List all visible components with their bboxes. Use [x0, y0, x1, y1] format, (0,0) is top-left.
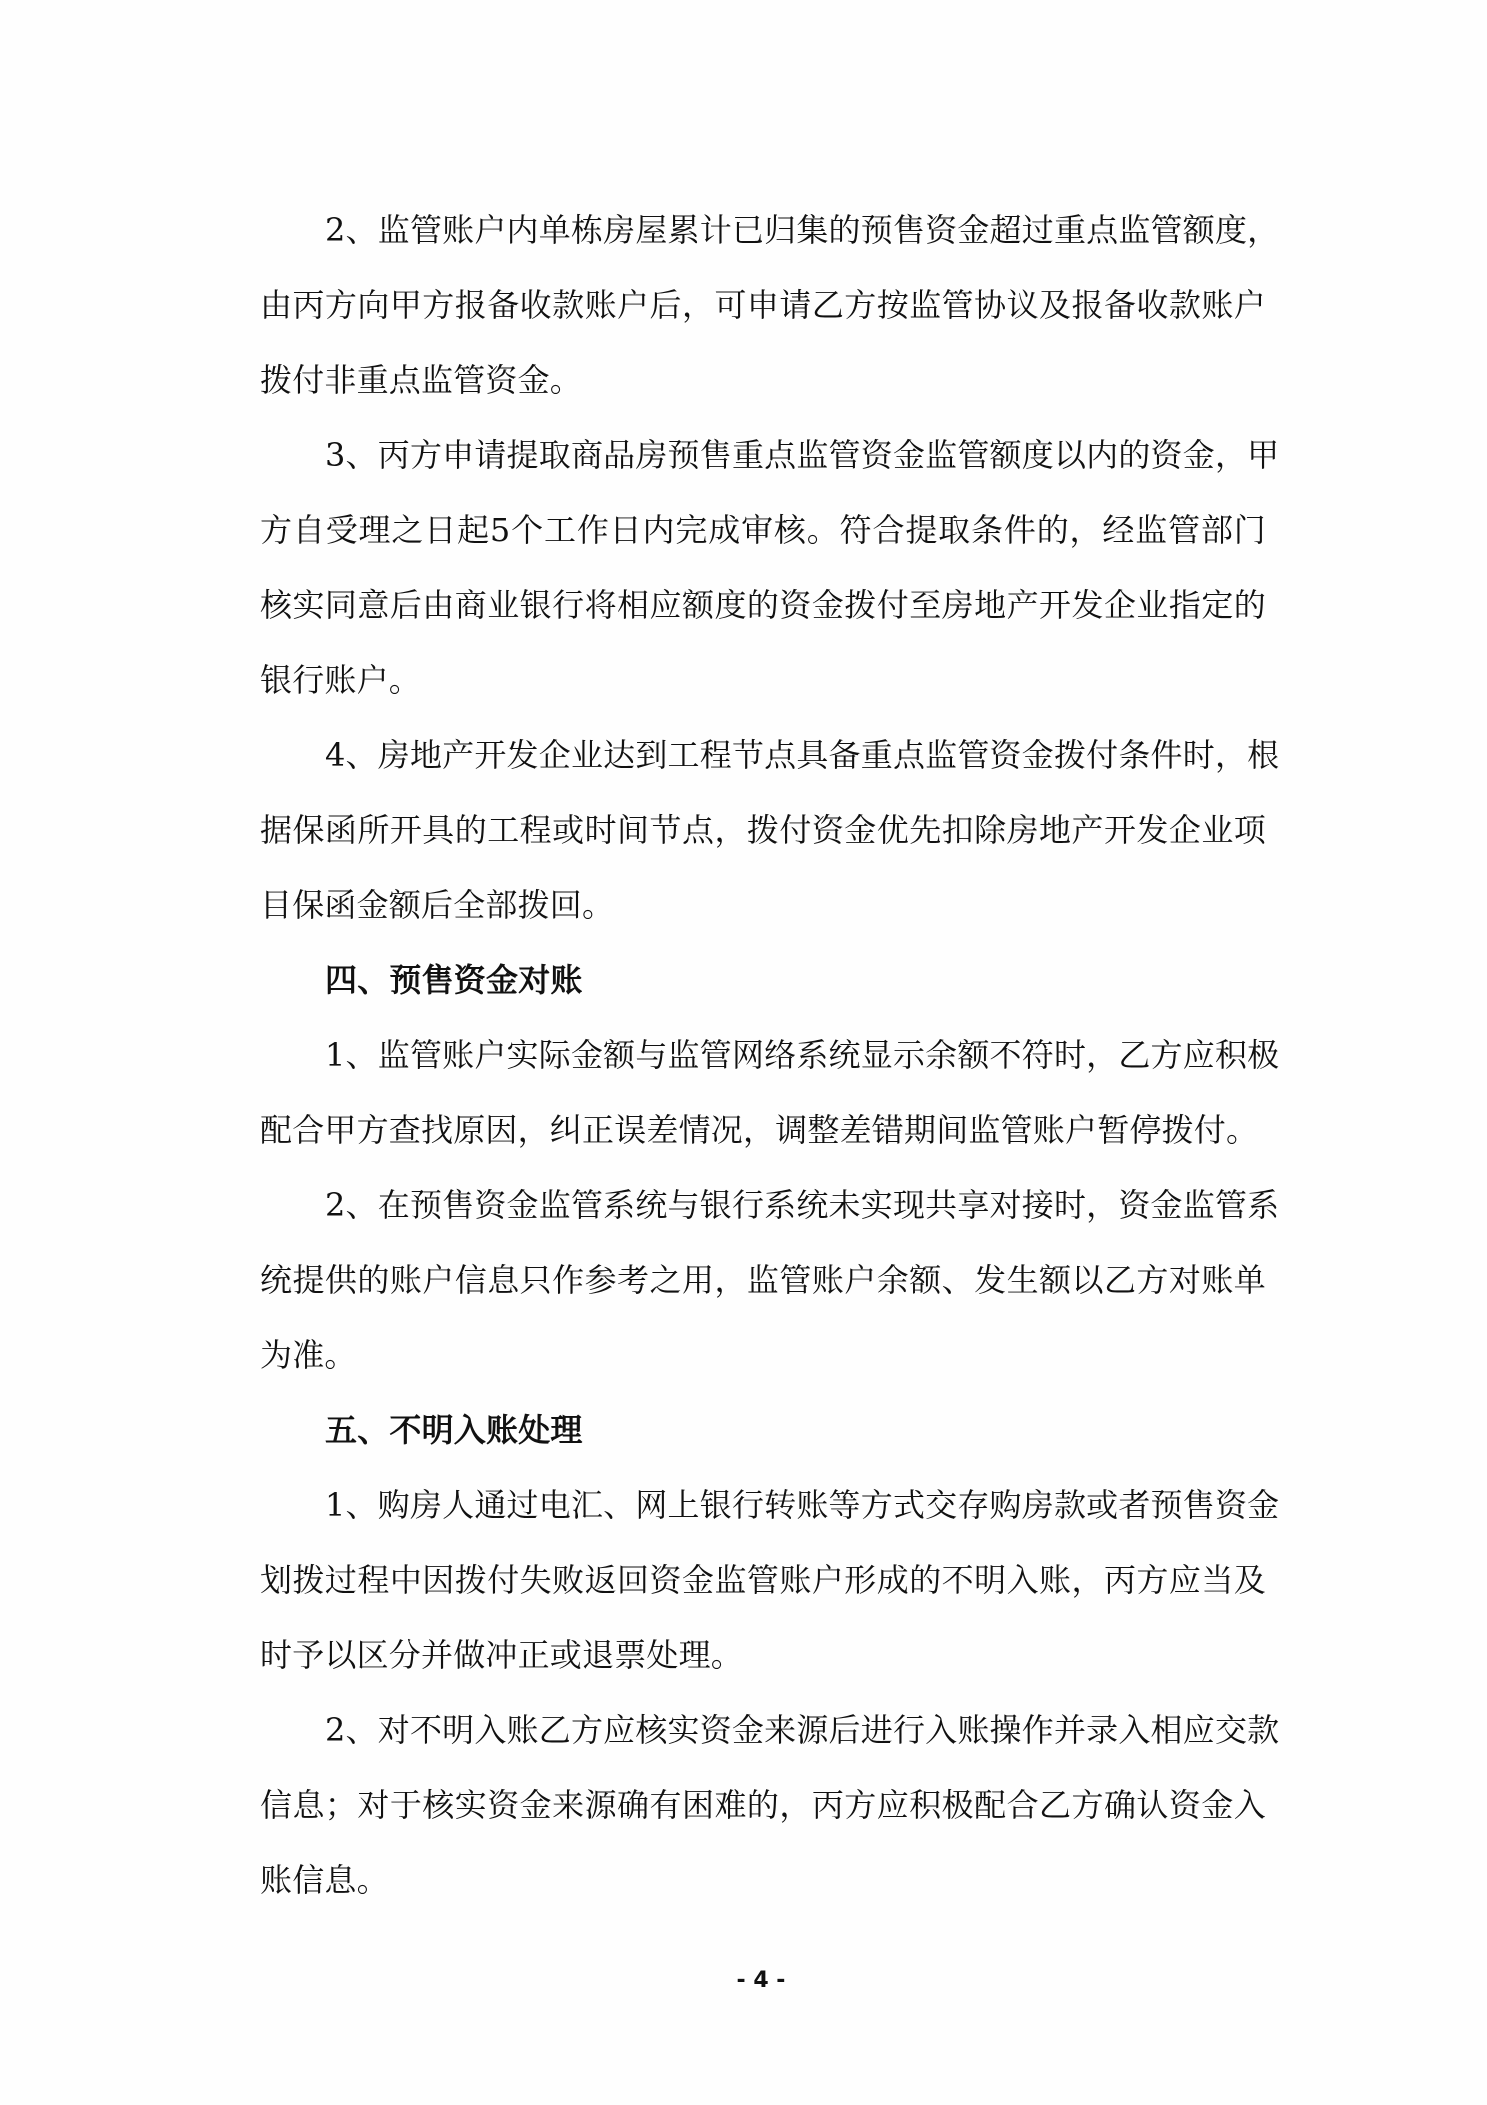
numbered-paragraph: 2、在预售资金监管系统与银行系统未实现共享对接时，资金监管系统提供的账户信息只作…: [260, 1182, 1266, 1407]
numbered-paragraph: 2、监管账户内单栋房屋累计已归集的预售资金超过重点监管额度，由丙方向甲方报备收款…: [260, 207, 1266, 432]
text-line: 配合甲方查找原因，纠正误差情况，调整差错期间监管账户暂停拨付。: [260, 1107, 1266, 1182]
numbered-paragraph: 2、对不明入账乙方应核实资金来源后进行入账操作并录入相应交款信息；对于核实资金来…: [260, 1707, 1266, 1932]
text-line: 由丙方向甲方报备收款账户后，可申请乙方按监管协议及报备收款账户: [260, 282, 1266, 357]
numbered-paragraph: 3、丙方申请提取商品房预售重点监管资金监管额度以内的资金，甲方自受理之日起5个工…: [260, 432, 1266, 732]
numbered-paragraph: 1、购房人通过电汇、网上银行转账等方式交存购房款或者预售资金划拨过程中因拨付失败…: [260, 1482, 1266, 1707]
numbered-paragraph: 1、监管账户实际金额与监管网络系统显示余额不符时，乙方应积极配合甲方查找原因，纠…: [260, 1032, 1266, 1182]
text-line: 为准。: [260, 1332, 1266, 1407]
text-line: 统提供的账户信息只作参考之用，监管账户余额、发生额以乙方对账单: [260, 1257, 1266, 1332]
text-line: 划拨过程中因拨付失败返回资金监管账户形成的不明入账，丙方应当及: [260, 1557, 1266, 1632]
text-line: 核实同意后由商业银行将相应额度的资金拨付至房地产开发企业指定的: [260, 582, 1266, 657]
text-line: 3、丙方申请提取商品房预售重点监管资金监管额度以内的资金，甲: [260, 432, 1266, 507]
section-heading: 五、不明入账处理: [260, 1407, 1266, 1482]
text-line: 拨付非重点监管资金。: [260, 357, 1266, 432]
text-line: 信息；对于核实资金来源确有困难的，丙方应积极配合乙方确认资金入: [260, 1782, 1266, 1857]
text-line: 2、监管账户内单栋房屋累计已归集的预售资金超过重点监管额度，: [260, 207, 1266, 282]
text-line: 4、房地产开发企业达到工程节点具备重点监管资金拨付条件时，根: [260, 732, 1266, 807]
document-page: 2、监管账户内单栋房屋累计已归集的预售资金超过重点监管额度，由丙方向甲方报备收款…: [0, 0, 1487, 2105]
text-line: 方自受理之日起5个工作日内完成审核。符合提取条件的，经监管部门: [260, 507, 1266, 582]
section-heading: 四、预售资金对账: [260, 957, 1266, 1032]
text-line: 账信息。: [260, 1857, 1266, 1932]
document-body: 2、监管账户内单栋房屋累计已归集的预售资金超过重点监管额度，由丙方向甲方报备收款…: [260, 207, 1266, 1932]
text-line: 银行账户。: [260, 657, 1266, 732]
page-number: - 4 -: [0, 1968, 1487, 1993]
text-line: 四、预售资金对账: [260, 957, 1266, 1032]
text-line: 五、不明入账处理: [260, 1407, 1266, 1482]
text-line: 目保函金额后全部拨回。: [260, 882, 1266, 957]
numbered-paragraph: 4、房地产开发企业达到工程节点具备重点监管资金拨付条件时，根据保函所开具的工程或…: [260, 732, 1266, 957]
text-line: 1、监管账户实际金额与监管网络系统显示余额不符时，乙方应积极: [260, 1032, 1266, 1107]
text-line: 时予以区分并做冲正或退票处理。: [260, 1632, 1266, 1707]
text-line: 2、对不明入账乙方应核实资金来源后进行入账操作并录入相应交款: [260, 1707, 1266, 1782]
text-line: 1、购房人通过电汇、网上银行转账等方式交存购房款或者预售资金: [260, 1482, 1266, 1557]
text-line: 据保函所开具的工程或时间节点，拨付资金优先扣除房地产开发企业项: [260, 807, 1266, 882]
text-line: 2、在预售资金监管系统与银行系统未实现共享对接时，资金监管系: [260, 1182, 1266, 1257]
